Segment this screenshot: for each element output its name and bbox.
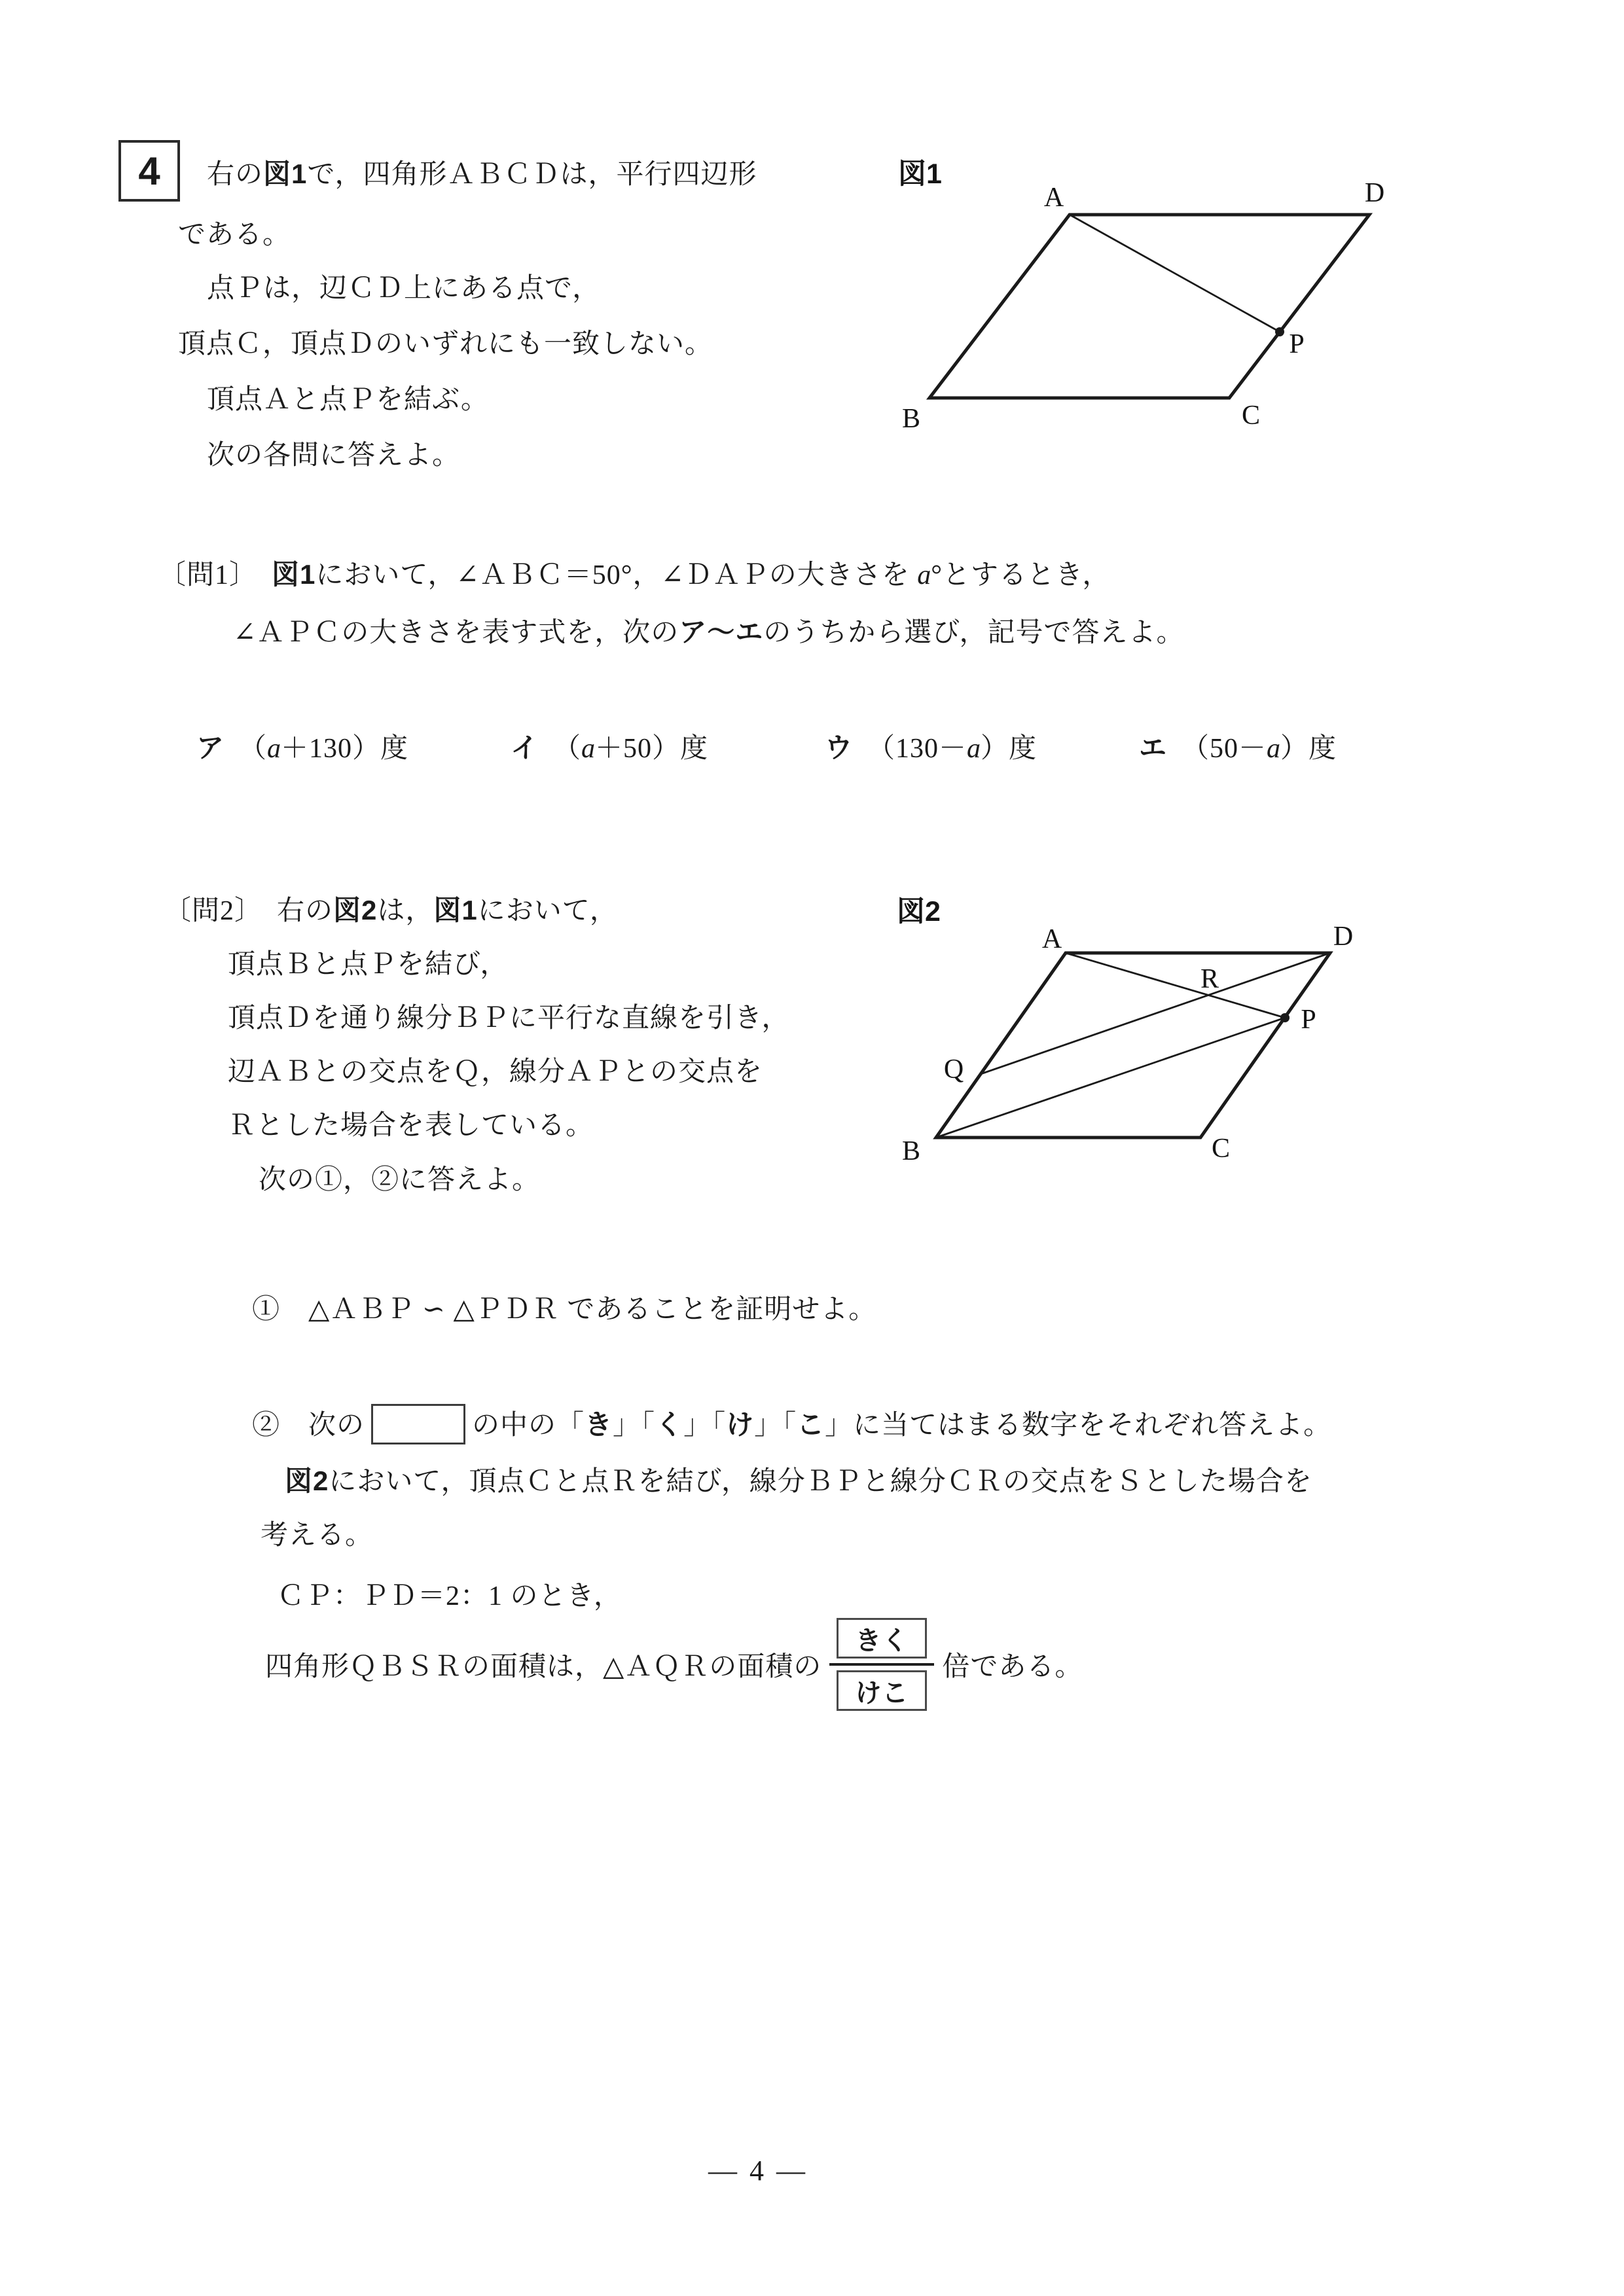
parallelogram-abcd [936, 953, 1330, 1138]
label-p: P [1289, 329, 1304, 359]
intro-line-2: である。 [178, 218, 291, 253]
intro-line-6: 次の各問に答えよ。 [207, 439, 460, 473]
figure1-title: 図1 [898, 158, 942, 190]
tail-line-3: ＣＰ：ＰＤ＝2：1 のとき， [277, 1579, 622, 1614]
fraction-denominator: けこ [855, 1672, 909, 1710]
intro-line-3: 点Ｐは，辺ＣＤ上にある点で， [207, 272, 600, 306]
exam-page: 4 右の図1で，四角形ＡＢＣＤは，平行四辺形 である。 点Ｐは，辺ＣＤ上にある点… [0, 0, 1624, 2296]
q1-option-u: ウ （130－a）度 [825, 726, 1037, 766]
q2-line-1: 〔問2〕 右の図2は，図1において， [164, 893, 618, 929]
q1-line-1: 〔問1〕 図1において，∠ＡＢＣ＝50°，∠ＤＡＰの大きさを a°とするとき， [158, 558, 1110, 593]
label-d: D [1365, 178, 1384, 208]
problem-number: 4 [138, 149, 160, 194]
fraction-numerator: きく [855, 1620, 909, 1657]
tail-line-1: 図2において，頂点Ｃと点Ｒを結び，線分ＢＰと線分ＣＲの交点をＳとした場合を [285, 1464, 1312, 1499]
q1-option-a: ア （a＋130）度 [196, 726, 408, 766]
q1-line-2: ∠ＡＰＣの大きさを表す式を，次のア～エのうちから選び，記号で答えよ。 [233, 615, 1185, 651]
q2-line-2: 頂点Ｂと点Ｐを結び， [228, 948, 508, 982]
final-after-fraction: 倍である。 [942, 1645, 1083, 1684]
segment-bp [936, 1018, 1285, 1138]
label-p: P [1301, 1005, 1316, 1035]
fraction-denominator-box: けこ [837, 1670, 927, 1711]
figure2: 図2 A D R P Q B C [884, 884, 1407, 1191]
blank-answer-box [371, 1404, 465, 1444]
fraction-bar [829, 1663, 934, 1666]
q2-line-4: 辺ＡＢとの交点をＱ，線分ＡＰとの交点を [228, 1055, 763, 1090]
q2-line-5: Ｒとした場合を表している。 [228, 1109, 594, 1143]
segment-qd [981, 953, 1330, 1074]
fraction-numerator-box: きく [837, 1618, 927, 1659]
subquestion-2-before-box: ② 次の [252, 1410, 365, 1441]
final-before-fraction: 四角形ＱＢＳＲの面積は，△ＡＱＲの面積の [265, 1645, 821, 1684]
parallelogram-abcd [929, 215, 1369, 398]
segment-ap [1070, 215, 1280, 332]
intro-line-1: 右の図1で，四角形ＡＢＣＤは，平行四辺形 [207, 157, 757, 192]
subquestion-1: ① △ＡＢＰ ∽ △ＰＤＲ であることを証明せよ。 [252, 1293, 876, 1327]
label-d: D [1333, 922, 1353, 952]
label-q: Q [944, 1054, 964, 1085]
q2-line-6: 次の①，②に答えよ。 [259, 1163, 540, 1198]
subquestion-2-after-box: の中の「き」「く」「け」「こ」に当てはまる数字をそれぞれ答えよ。 [472, 1410, 1331, 1441]
q1-option-i: イ （a＋50）度 [511, 726, 708, 766]
label-r: R [1200, 964, 1219, 994]
label-b: B [902, 404, 920, 434]
intro-line-5: 頂点Ａと点Ｐを結ぶ。 [207, 383, 489, 418]
tail-line-2: 考える。 [261, 1518, 373, 1553]
final-line: 四角形ＱＢＳＲの面積は，△ＡＱＲの面積の きく けこ 倍である。 [265, 1618, 1083, 1711]
problem-number-box: 4 [118, 140, 180, 202]
point-p-dot [1280, 1013, 1290, 1022]
figure2-title: 図2 [897, 896, 941, 927]
segment-ap [1066, 953, 1285, 1018]
label-c: C [1212, 1134, 1230, 1164]
q1-option-e: エ （50－a）度 [1139, 726, 1337, 766]
label-c: C [1242, 401, 1260, 431]
intro-line-4: 頂点Ｃ，頂点Ｄのいずれにも一致しない。 [178, 327, 713, 362]
point-p-dot [1275, 327, 1284, 336]
q2-line-3: 頂点Ｄを通り線分ＢＰに平行な直線を引き， [228, 1001, 789, 1036]
label-a: A [1042, 924, 1062, 954]
page-number: ― 4 ― [660, 2154, 856, 2187]
label-a: A [1044, 183, 1064, 213]
figure1: 図1 A D B C P [884, 148, 1407, 442]
label-b: B [902, 1136, 920, 1166]
subquestion-2: ② 次のの中の「き」「く」「け」「こ」に当てはまる数字をそれぞれ答えよ。 [252, 1404, 1331, 1444]
fraction-answer: きく けこ [829, 1618, 934, 1711]
